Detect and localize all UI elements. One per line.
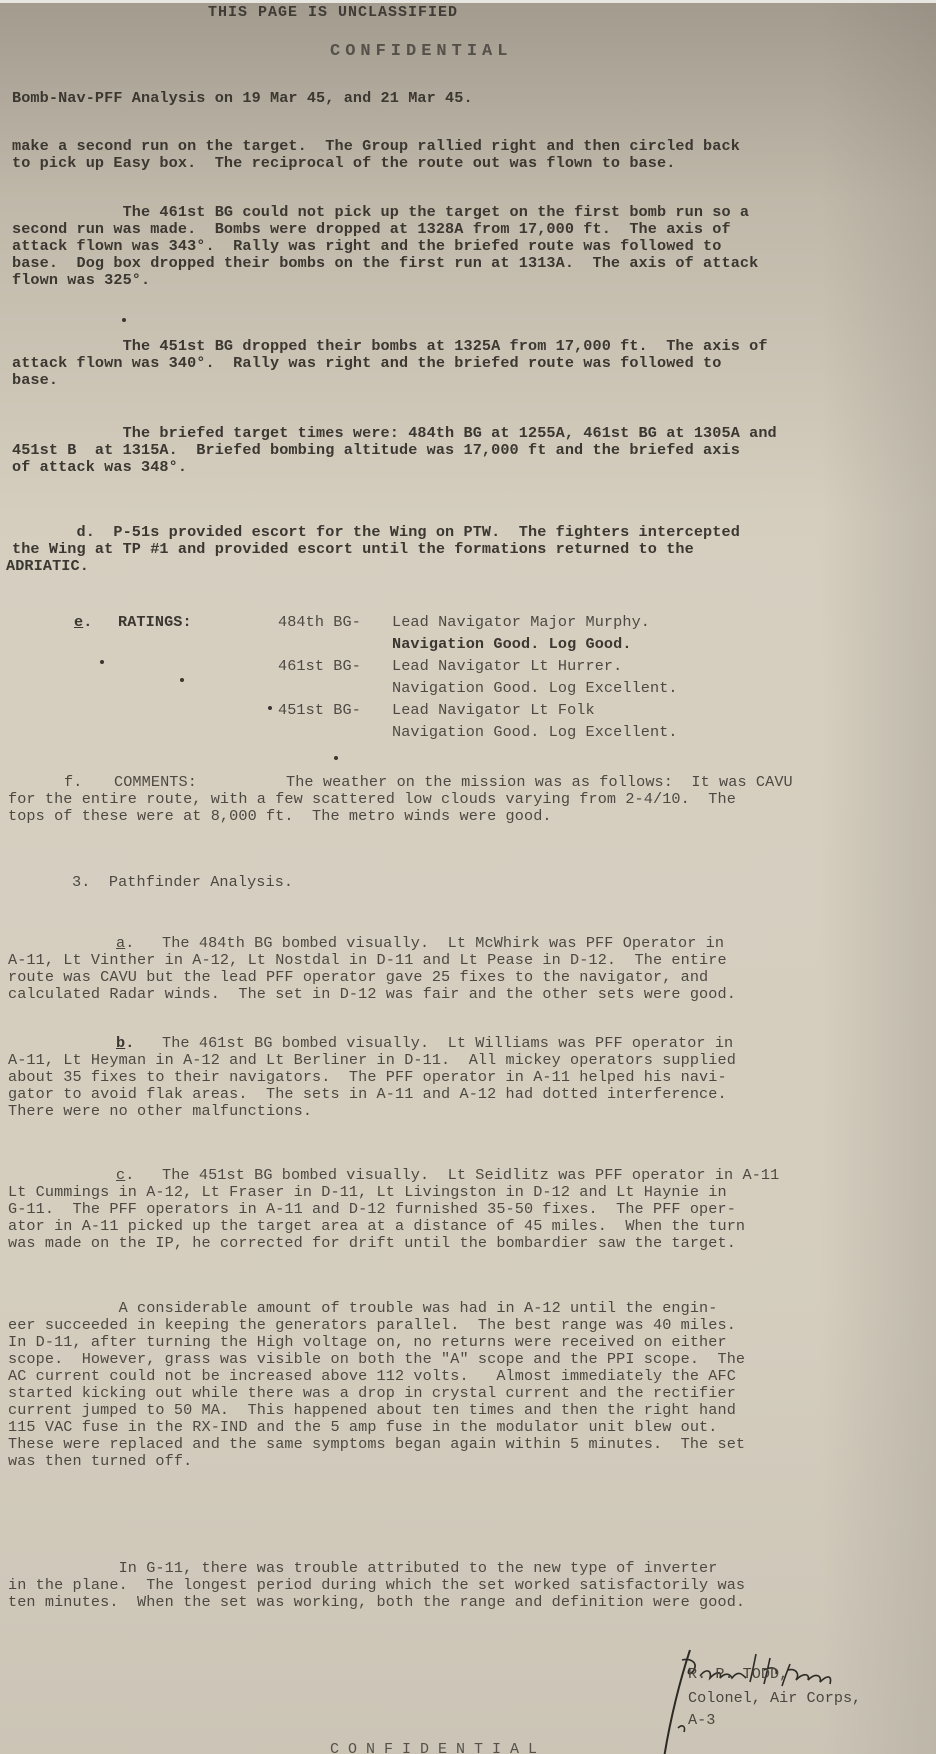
subsection-a-line: The 484th BG bombed visually. Lt McWhirk… <box>162 935 724 952</box>
paragraph-line: of attack was 348°. <box>12 459 187 476</box>
paragraph-line: The briefed target times were: 484th BG … <box>12 425 777 442</box>
ratings-label: RATINGS: <box>118 614 192 631</box>
section-d-line: d. P-51s provided escort for the Wing on… <box>12 524 740 541</box>
rating-group: 451st BG- <box>278 702 361 719</box>
ink-speck <box>180 678 184 682</box>
ink-speck <box>100 660 104 664</box>
rating-navigator: Lead Navigator Major Murphy. <box>392 614 650 631</box>
ink-speck <box>334 756 338 760</box>
subsection-a-line: route was CAVU but the lead PFF operator… <box>8 969 708 986</box>
subsection-b-line: The 461st BG bombed visually. Lt William… <box>162 1035 733 1052</box>
rating-group: 484th BG- <box>278 614 361 631</box>
ink-speck <box>122 318 126 322</box>
paragraph-line: to pick up Easy box. The reciprocal of t… <box>12 155 675 172</box>
paragraph-line: These were replaced and the same symptom… <box>8 1436 745 1453</box>
paragraph-line: scope. However, grass was visible on bot… <box>8 1351 745 1368</box>
paragraph-line: was then turned off. <box>8 1453 192 1470</box>
signatory-office: A-3 <box>688 1709 715 1731</box>
paragraph-line: The 451st BG dropped their bombs at 1325… <box>12 338 768 355</box>
rating-assessment: Navigation Good. Log Excellent. <box>392 724 678 741</box>
paragraph-line: 451st B at 1315A. Briefed bombing altitu… <box>12 442 740 459</box>
comments-line: The weather on the mission was as follow… <box>286 774 793 791</box>
subsection-a-line: calculated Radar winds. The set in D-12 … <box>8 986 736 1003</box>
comments-line: tops of these were at 8,000 ft. The metr… <box>8 808 552 825</box>
paragraph-line: ten minutes. When the set was working, b… <box>8 1594 745 1611</box>
rating-group: 461st BG- <box>278 658 361 675</box>
running-title: Bomb-Nav-PFF Analysis on 19 Mar 45, and … <box>12 90 473 107</box>
paragraph-line: In G-11, there was trouble attributed to… <box>8 1560 717 1577</box>
signatory-name: R. P. TODD, <box>688 1663 788 1685</box>
unclassified-stamp: THIS PAGE IS UNCLASSIFIED <box>208 4 458 21</box>
subsection-c-line: was made on the IP, he corrected for dri… <box>8 1235 736 1252</box>
paragraph-line: In D-11, after turning the High voltage … <box>8 1334 727 1351</box>
rating-navigator: Lead Navigator Lt Folk <box>392 702 595 719</box>
subsection-b-marker: b. <box>116 1035 134 1052</box>
paragraph-line: The 461st BG could not pick up the targe… <box>12 204 749 221</box>
subsection-b-line: A-11, Lt Heyman in A-12 and Lt Berliner … <box>8 1052 736 1069</box>
classification-marking-top: CONFIDENTIAL <box>330 42 512 61</box>
paragraph-line: A considerable amount of trouble was had… <box>8 1300 717 1317</box>
paragraph-line: started kicking out while there was a dr… <box>8 1385 736 1402</box>
subsection-a-line: A-11, Lt Vinther in A-12, Lt Nostdal in … <box>8 952 727 969</box>
paragraph-line: current jumped to 50 MA. This happened a… <box>8 1402 736 1419</box>
paragraph-line: attack flown was 343°. Rally was right a… <box>12 238 721 255</box>
paragraph-line: AC current could not be increased above … <box>8 1368 736 1385</box>
ink-speck <box>268 706 272 710</box>
subsection-b-line: There were no other malfunctions. <box>8 1103 312 1120</box>
paragraph-line: eer succeeded in keeping the generators … <box>8 1317 736 1334</box>
paragraph-line: make a second run on the target. The Gro… <box>12 138 740 155</box>
paragraph-line: 115 VAC fuse in the RX-IND and the 5 amp… <box>8 1419 717 1436</box>
paragraph-line: in the plane. The longest period during … <box>8 1577 745 1594</box>
paragraph-line: base. <box>12 372 58 389</box>
scan-edge <box>0 0 936 3</box>
subsection-c-line: G-11. The PFF operators in A-11 and D-12… <box>8 1201 736 1218</box>
comments-line: for the entire route, with a few scatter… <box>8 791 736 808</box>
subsection-a-marker: a. <box>116 935 134 952</box>
paragraph-line: second run was made. Bombs were dropped … <box>12 221 731 238</box>
paragraph-line: attack flown was 340°. Rally was right a… <box>12 355 721 372</box>
rating-assessment: Navigation Good. Log Excellent. <box>392 680 678 697</box>
ratings-marker: e. <box>74 614 92 631</box>
comments-marker: f. <box>64 774 82 791</box>
section-d-line: ADRIATIC. <box>6 558 89 575</box>
subsection-c-line: Lt Cummings in A-12, Lt Fraser in D-11, … <box>8 1184 727 1201</box>
subsection-c-line: ator in A-11 picked up the target area a… <box>8 1218 745 1235</box>
paragraph-line: flown was 325°. <box>12 272 150 289</box>
subsection-c-line: The 451st BG bombed visually. Lt Seidlit… <box>162 1167 779 1184</box>
document-page: THIS PAGE IS UNCLASSIFIED CONFIDENTIAL B… <box>0 0 936 1754</box>
section-3-heading: 3. Pathfinder Analysis. <box>72 874 293 891</box>
rating-navigator: Lead Navigator Lt Hurrer. <box>392 658 622 675</box>
rating-assessment: Navigation Good. Log Good. <box>392 636 632 653</box>
section-d-line: the Wing at TP #1 and provided escort un… <box>12 541 694 558</box>
signatory-rank: Colonel, Air Corps, <box>688 1687 861 1709</box>
subsection-b-line: about 35 fixes to their navigators. The … <box>8 1069 727 1086</box>
paragraph-line: base. Dog box dropped their bombs on the… <box>12 255 758 272</box>
subsection-b-line: gator to avoid flak areas. The sets in A… <box>8 1086 727 1103</box>
classification-marking-bottom: CONFIDENTIAL <box>330 1741 546 1754</box>
subsection-c-marker: c. <box>116 1167 134 1184</box>
comments-label: COMMENTS: <box>114 774 197 791</box>
